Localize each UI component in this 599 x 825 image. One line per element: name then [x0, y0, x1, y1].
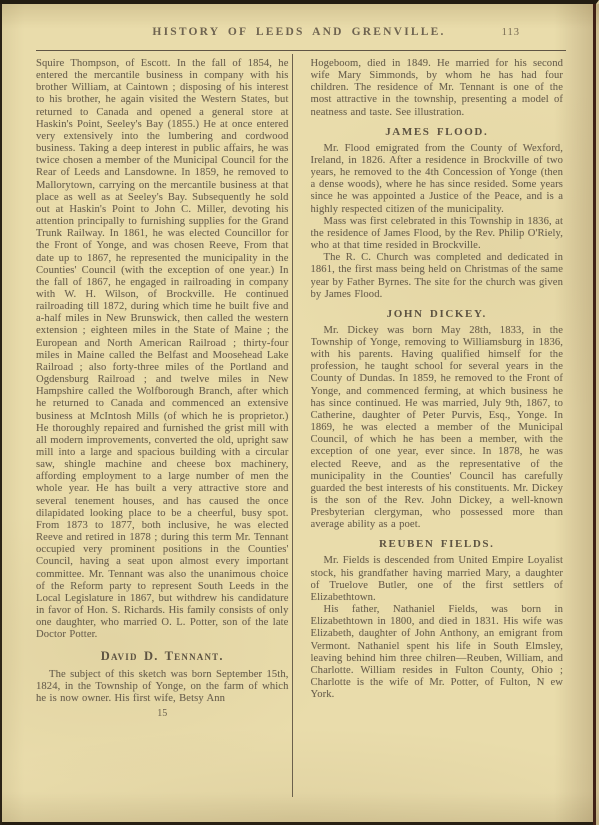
paragraph: Mr. Fields is descended from United Empi… [311, 555, 564, 604]
running-head: HISTORY OF LEEDS AND GRENVILLE. 113 [36, 26, 562, 44]
right-column: Hogeboom, died in 1849. He married for h… [311, 58, 564, 818]
paragraph: Mr. Flood emigrated from the County of W… [311, 143, 564, 216]
page-title: HISTORY OF LEEDS AND GRENVILLE. [36, 26, 562, 38]
section-heading: REUBEN FIELDS. [311, 538, 564, 550]
section-heading: JOHN DICKEY. [311, 308, 564, 320]
paragraph: His father, Nathaniel Fields, was born i… [311, 604, 564, 701]
paragraph: The subject of this sketch was born Sept… [36, 669, 289, 705]
paragraph: The R. C. Church was completed and dedic… [311, 252, 564, 301]
left-column: Squire Thompson, of Escott. In the fall … [36, 58, 289, 818]
paragraph: Mr. Dickey was born May 28th, 1833, in t… [311, 325, 564, 532]
section-heading: David D. Tennant. [36, 649, 289, 664]
header-rule [36, 50, 566, 51]
paragraph: Hogeboom, died in 1849. He married for h… [311, 58, 564, 119]
left-column-blocks: Squire Thompson, of Escott. In the fall … [36, 58, 289, 705]
right-column-blocks: Hogeboom, died in 1849. He married for h… [311, 58, 564, 701]
signature-mark: 15 [36, 708, 289, 719]
text-columns: Squire Thompson, of Escott. In the fall … [36, 58, 563, 818]
book-page-scan: HISTORY OF LEEDS AND GRENVILLE. 113 Squi… [0, 0, 599, 825]
section-heading: JAMES FLOOD. [311, 126, 564, 138]
page-number: 113 [502, 27, 520, 38]
paragraph: Mass was first celebrated in this Townsh… [311, 216, 564, 252]
paragraph: Squire Thompson, of Escott. In the fall … [36, 58, 289, 642]
